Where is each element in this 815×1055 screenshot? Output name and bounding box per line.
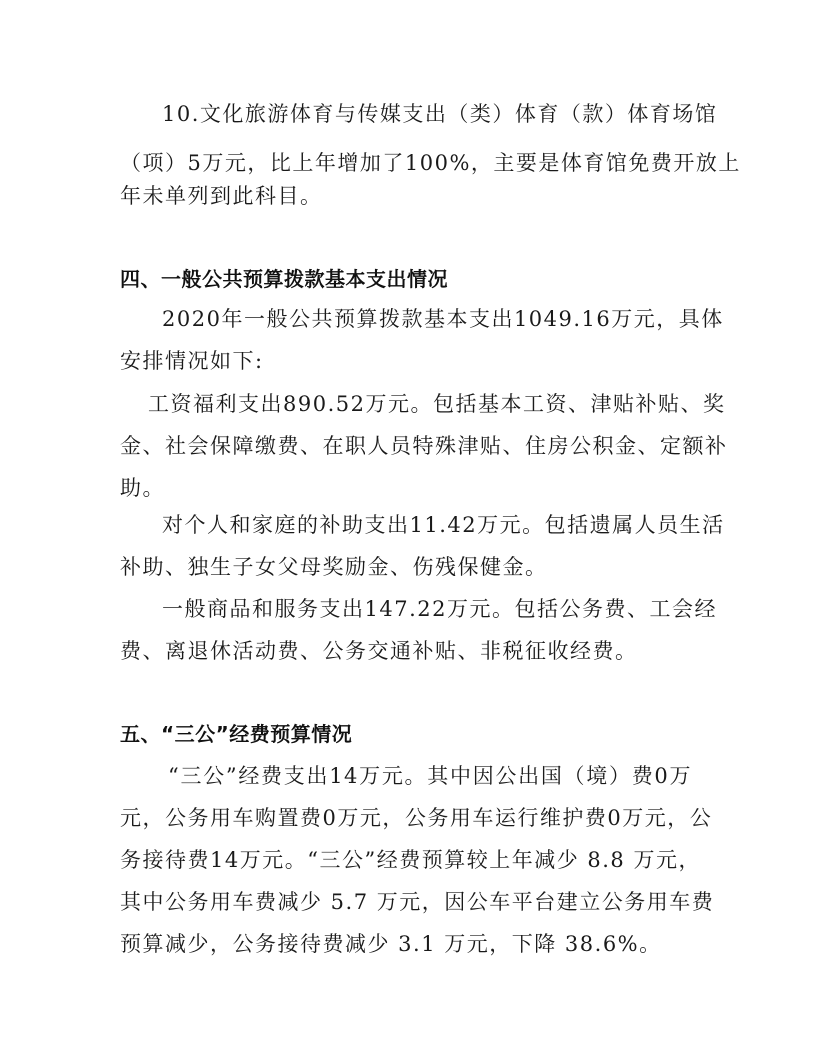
section-4-intro-line-2: 安排情况如下: [120, 347, 700, 375]
goods-line-1: 一般商品和服务支出147.22万元。包括公务费、工会经 [162, 595, 692, 623]
section-5-line-2: 元，公务用车购置费0万元，公务用车运行维护费0万元，公 [120, 804, 700, 832]
section-4-intro-line-1: 2020年一般公共预算拨款基本支出1049.16万元，具体 [162, 305, 688, 333]
wages-line-1: 工资福利支出890.52万元。包括基本工资、津贴补贴、奖 [148, 390, 700, 418]
subsidy-line-2: 补助、独生子女父母奖励金、伤残保健金。 [120, 553, 700, 581]
section-5-line-4: 其中公务用车费减少 5.7 万元，因公车平台建立公务用车费 [120, 888, 700, 916]
section-5-heading: 五、“三公”经费预算情况 [120, 720, 352, 748]
subsidy-line-1: 对个人和家庭的补助支出11.42万元。包括遗属人员生活 [162, 511, 700, 539]
section-4-heading: 四、一般公共预算拨款基本支出情况 [120, 265, 448, 293]
paragraph-10-line-1: 10.文化旅游体育与传媒支出（类）体育（款）体育场馆 [162, 100, 700, 128]
section-5-line-1: “三公”经费支出14万元。其中因公出国（境）费0万 [168, 762, 692, 790]
document-page: 10.文化旅游体育与传媒支出（类）体育（款）体育场馆 （项）5万元，比上年增加了… [0, 0, 815, 1055]
goods-line-2: 费、离退休活动费、公务交通补贴、非税征收经费。 [120, 637, 700, 665]
section-5-line-3: 务接待费14万元。“三公”经费预算较上年减少 8.8 万元， [120, 846, 700, 874]
paragraph-10-line-3: 年未单列到此科目。 [120, 182, 700, 210]
wages-line-3: 助。 [120, 474, 700, 502]
wages-line-2: 金、社会保障缴费、在职人员特殊津贴、住房公积金、定额补 [120, 432, 700, 460]
paragraph-10-line-2: （项）5万元，比上年增加了100%，主要是体育馆免费开放上 [120, 149, 700, 177]
section-5-line-5: 预算减少，公务接待费减少 3.1 万元，下降 38.6%。 [120, 930, 700, 958]
